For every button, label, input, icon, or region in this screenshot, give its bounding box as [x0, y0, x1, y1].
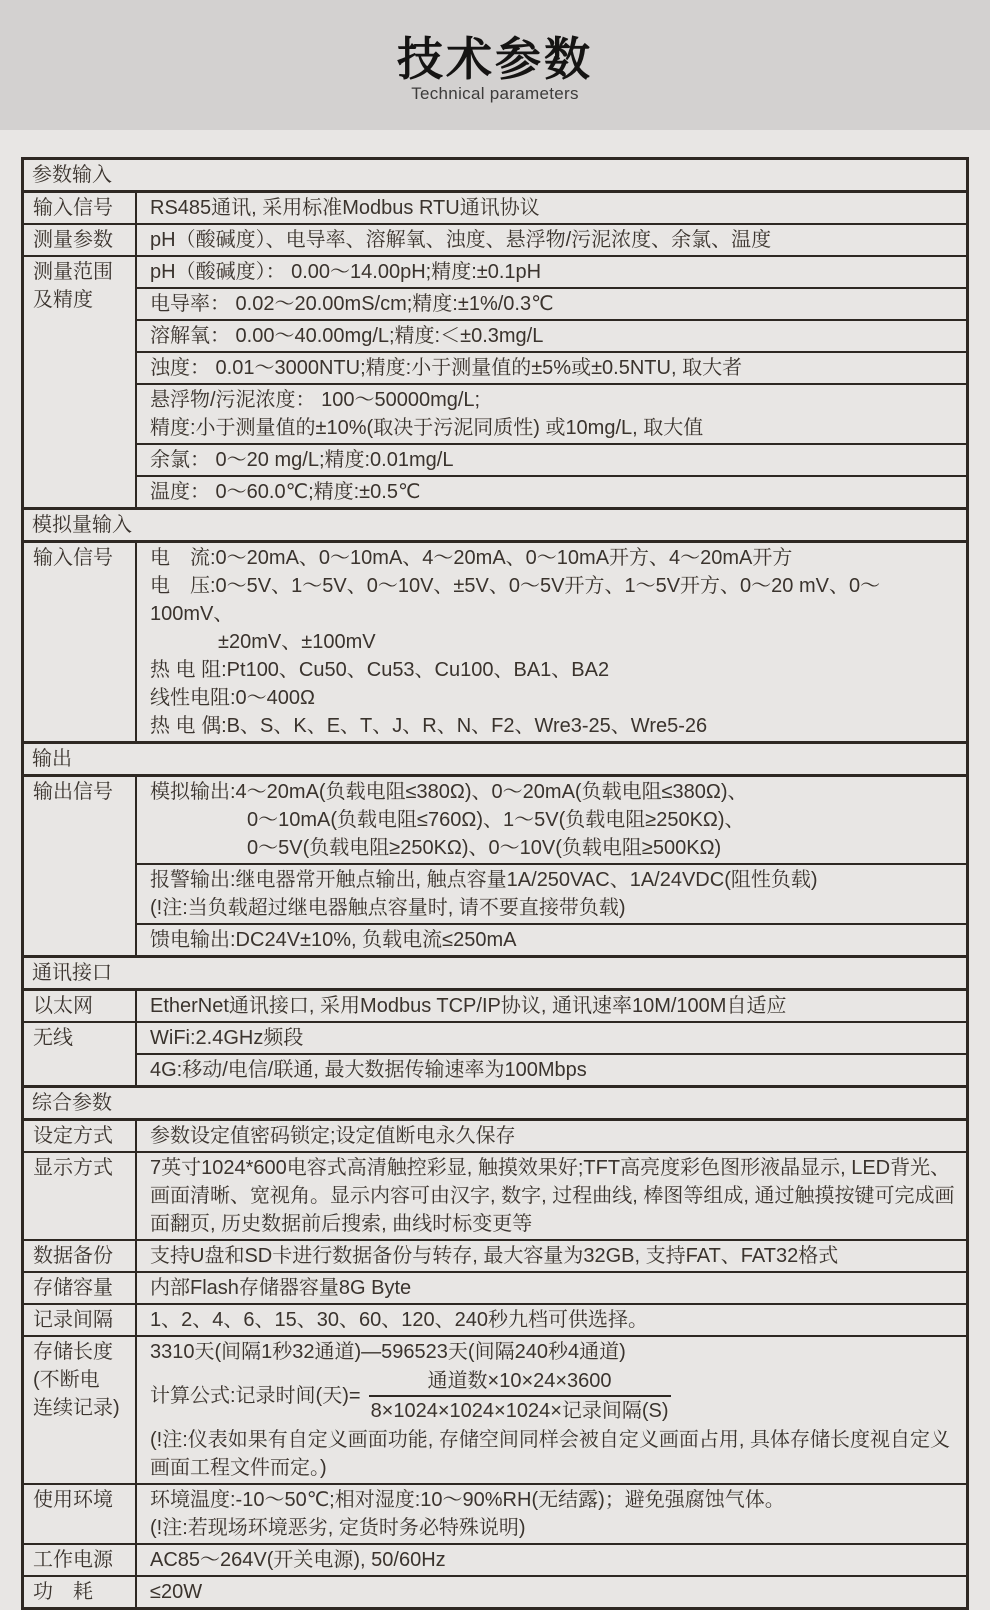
- row-power-consumption: 功 耗 ≤20W: [24, 1577, 966, 1607]
- row-power-supply: 工作电源 AC85～264V(开关电源), 50/60Hz: [24, 1545, 966, 1577]
- page-subtitle: Technical parameters: [0, 84, 990, 104]
- row-label: 工作电源: [24, 1545, 137, 1575]
- row-label: 功 耗: [24, 1577, 137, 1607]
- row-value: AC85～264V(开关电源), 50/60Hz: [137, 1545, 966, 1575]
- output-item-feed-power: 馈电输出:DC24V±10%, 负载电流≤250mA: [137, 923, 966, 955]
- section-header-analog-input: 模拟量输入: [24, 507, 966, 543]
- value-line: 模拟输出:4～20mA(负载电阻≤380Ω)、0～20mA(负载电阻≤380Ω)…: [150, 778, 960, 806]
- row-label: 测量范围 及精度: [24, 257, 137, 507]
- value-line: 报警输出:继电器常开触点输出, 触点容量1A/250VAC、1A/24VDC(阻…: [150, 866, 960, 894]
- value-line: 环境温度:-10～50℃;相对湿度:10～90%RH(无结露)；避免强腐蚀气体。: [150, 1486, 960, 1514]
- value-line: 精度:小于测量值的±10%(取决于污泥同质性) 或10mg/L, 取大值: [150, 414, 960, 442]
- row-label: 测量参数: [24, 225, 137, 255]
- row-label: 使用环境: [24, 1485, 137, 1543]
- value-line-voltage-cont: ±20mV、±100mV: [150, 628, 960, 656]
- formula-fraction: 通道数×10×24×3600 8×1024×1024×1024×记录间隔(S): [369, 1367, 671, 1425]
- row-label: 输入信号: [24, 543, 137, 741]
- row-value: 环境温度:-10～50℃;相对湿度:10～90%RH(无结露)；避免强腐蚀气体。…: [137, 1485, 966, 1543]
- range-items: pH（酸碱度）： 0.00～14.00pH;精度:±0.1pH 电导率： 0.0…: [137, 257, 966, 507]
- label-line: 连续记录): [33, 1394, 131, 1422]
- value-line: 0～10mA(负载电阻≤760Ω)、1～5V(负载电阻≥250KΩ)、: [150, 806, 960, 834]
- row-value: 参数设定值密码锁定;设定值断电永久保存: [137, 1121, 966, 1151]
- value-line-note: (!注:当负载超过继电器触点容量时, 请不要直接带负载): [150, 894, 960, 922]
- row-value: pH（酸碱度）、电导率、溶解氧、浊度、悬浮物/污泥浓度、余氯、温度: [137, 225, 966, 255]
- value-line-rtd: 热 电 阻:Pt100、Cu50、Cu53、Cu100、BA1、BA2: [150, 656, 960, 684]
- page-title: 技术参数: [0, 0, 990, 84]
- spec-table: 参数输入 输入信号 RS485通讯, 采用标准Modbus RTU通讯协议 测量…: [21, 157, 969, 1610]
- row-value: 电 流:0～20mA、0～10mA、4～20mA、0～10mA开方、4～20mA…: [137, 543, 966, 741]
- row-output-signal-group: 输出信号 模拟输出:4～20mA(负载电阻≤380Ω)、0～20mA(负载电阻≤…: [24, 777, 966, 957]
- range-item-ph: pH（酸碱度）： 0.00～14.00pH;精度:±0.1pH: [137, 257, 966, 287]
- row-label: 记录间隔: [24, 1305, 137, 1335]
- row-environment: 使用环境 环境温度:-10～50℃;相对湿度:10～90%RH(无结露)；避免强…: [24, 1485, 966, 1545]
- section-header-general: 综合参数: [24, 1085, 966, 1121]
- row-ethernet: 以太网 EtherNet通讯接口, 采用Modbus TCP/IP协议, 通讯速…: [24, 991, 966, 1023]
- row-data-backup: 数据备份 支持U盘和SD卡进行数据备份与转存, 最大容量为32GB, 支持FAT…: [24, 1241, 966, 1273]
- row-setting-mode: 设定方式 参数设定值密码锁定;设定值断电永久保存: [24, 1121, 966, 1153]
- row-value: 7英寸1024*600电容式高清触控彩显, 触摸效果好;TFT高亮度彩色图形液晶…: [137, 1153, 966, 1239]
- label-line: 及精度: [33, 286, 131, 314]
- value-line: 悬浮物/污泥浓度： 100～50000mg/L;: [150, 386, 960, 414]
- wireless-item-wifi: WiFi:2.4GHz频段: [137, 1023, 966, 1053]
- output-item-alarm: 报警输出:继电器常开触点输出, 触点容量1A/250VAC、1A/24VDC(阻…: [137, 863, 966, 923]
- value-line-note: (!注:若现场环境恶劣, 定货时务必特殊说明): [150, 1514, 960, 1542]
- row-value: 3310天(间隔1秒32通道)—596523天(间隔240秒4通道) 计算公式:…: [137, 1337, 966, 1483]
- range-item-suspended-solids: 悬浮物/污泥浓度： 100～50000mg/L; 精度:小于测量值的±10%(取…: [137, 383, 966, 443]
- label-line: 存储长度: [33, 1338, 131, 1366]
- storage-note: (!注:仪表如果有自定义画面功能, 存储空间同样会被自定义画面占用, 具体存储长…: [150, 1426, 960, 1482]
- row-display-mode: 显示方式 7英寸1024*600电容式高清触控彩显, 触摸效果好;TFT高亮度彩…: [24, 1153, 966, 1241]
- row-storage-length: 存储长度 (不断电 连续记录) 3310天(间隔1秒32通道)—596523天(…: [24, 1337, 966, 1485]
- row-value: RS485通讯, 采用标准Modbus RTU通讯协议: [137, 193, 966, 223]
- section-header-output: 输出: [24, 741, 966, 777]
- label-line: 测量范围: [33, 258, 131, 286]
- row-label: 设定方式: [24, 1121, 137, 1151]
- row-label: 输入信号: [24, 193, 137, 223]
- row-value: 内部Flash存储器容量8G Byte: [137, 1273, 966, 1303]
- output-items: 模拟输出:4～20mA(负载电阻≤380Ω)、0～20mA(负载电阻≤380Ω)…: [137, 777, 966, 955]
- range-item-conductivity: 电导率： 0.02～20.00mS/cm;精度:±1%/0.3℃: [137, 287, 966, 319]
- value-line-voltage: 电 压:0～5V、1～5V、0～10V、±5V、0～5V开方、1～5V开方、0～…: [150, 572, 960, 628]
- value-line-thermocouple: 热 电 偶:B、S、K、E、T、J、R、N、F2、Wre3-25、Wre5-26: [150, 712, 960, 740]
- label-line: (不断电: [33, 1366, 131, 1394]
- section-header-comm: 通讯接口: [24, 955, 966, 991]
- wireless-items: WiFi:2.4GHz频段 4G:移动/电信/联通, 最大数据传输速率为100M…: [137, 1023, 966, 1085]
- row-label: 存储容量: [24, 1273, 137, 1303]
- row-value: 支持U盘和SD卡进行数据备份与转存, 最大容量为32GB, 支持FAT、FAT3…: [137, 1241, 966, 1271]
- content-area: 参数输入 输入信号 RS485通讯, 采用标准Modbus RTU通讯协议 测量…: [0, 130, 990, 1610]
- header-banner: 技术参数 Technical parameters: [0, 0, 990, 130]
- range-item-residual-chlorine: 余氯： 0～20 mg/L;精度:0.01mg/L: [137, 443, 966, 475]
- row-label: 数据备份: [24, 1241, 137, 1271]
- value-line-linear-resistance: 线性电阻:0～400Ω: [150, 684, 960, 712]
- range-item-temperature: 温度： 0～60.0℃;精度:±0.5℃: [137, 475, 966, 507]
- storage-range-line: 3310天(间隔1秒32通道)—596523天(间隔240秒4通道): [150, 1338, 960, 1366]
- row-value: ≤20W: [137, 1577, 966, 1607]
- value-line-current: 电 流:0～20mA、0～10mA、4～20mA、0～10mA开方、4～20mA…: [150, 544, 960, 572]
- value-line: 0～5V(负载电阻≥250KΩ)、0～10V(负载电阻≥500KΩ): [150, 834, 960, 862]
- storage-formula: 计算公式:记录时间(天)= 通道数×10×24×3600 8×1024×1024…: [150, 1367, 960, 1425]
- row-measure-params: 测量参数 pH（酸碱度）、电导率、溶解氧、浊度、悬浮物/污泥浓度、余氯、温度: [24, 225, 966, 257]
- row-input-signal: 输入信号 RS485通讯, 采用标准Modbus RTU通讯协议: [24, 193, 966, 225]
- row-wireless-group: 无线 WiFi:2.4GHz频段 4G:移动/电信/联通, 最大数据传输速率为1…: [24, 1023, 966, 1087]
- range-item-dissolved-oxygen: 溶解氧： 0.00～40.00mg/L;精度:＜±0.3mg/L: [137, 319, 966, 351]
- formula-prefix: 计算公式:记录时间(天)=: [150, 1382, 361, 1410]
- formula-numerator: 通道数×10×24×3600: [369, 1367, 671, 1397]
- section-header-param-input: 参数输入: [24, 160, 966, 193]
- row-label: 输出信号: [24, 777, 137, 955]
- row-label: 存储长度 (不断电 连续记录): [24, 1337, 137, 1483]
- wireless-item-4g: 4G:移动/电信/联通, 最大数据传输速率为100Mbps: [137, 1053, 966, 1085]
- output-item-analog: 模拟输出:4～20mA(负载电阻≤380Ω)、0～20mA(负载电阻≤380Ω)…: [137, 777, 966, 863]
- row-storage-capacity: 存储容量 内部Flash存储器容量8G Byte: [24, 1273, 966, 1305]
- row-label: 无线: [24, 1023, 137, 1085]
- row-label: 以太网: [24, 991, 137, 1021]
- row-value: 1、2、4、6、15、30、60、120、240秒九档可供选择。: [137, 1305, 966, 1335]
- formula-denominator: 8×1024×1024×1024×记录间隔(S): [369, 1397, 671, 1425]
- row-label: 显示方式: [24, 1153, 137, 1239]
- row-analog-input-signal: 输入信号 电 流:0～20mA、0～10mA、4～20mA、0～10mA开方、4…: [24, 543, 966, 743]
- range-item-turbidity: 浊度： 0.01～3000NTU;精度:小于测量值的±5%或±0.5NTU, 取…: [137, 351, 966, 383]
- row-measure-range-group: 测量范围 及精度 pH（酸碱度）： 0.00～14.00pH;精度:±0.1pH…: [24, 257, 966, 509]
- row-record-interval: 记录间隔 1、2、4、6、15、30、60、120、240秒九档可供选择。: [24, 1305, 966, 1337]
- row-value: EtherNet通讯接口, 采用Modbus TCP/IP协议, 通讯速率10M…: [137, 991, 966, 1021]
